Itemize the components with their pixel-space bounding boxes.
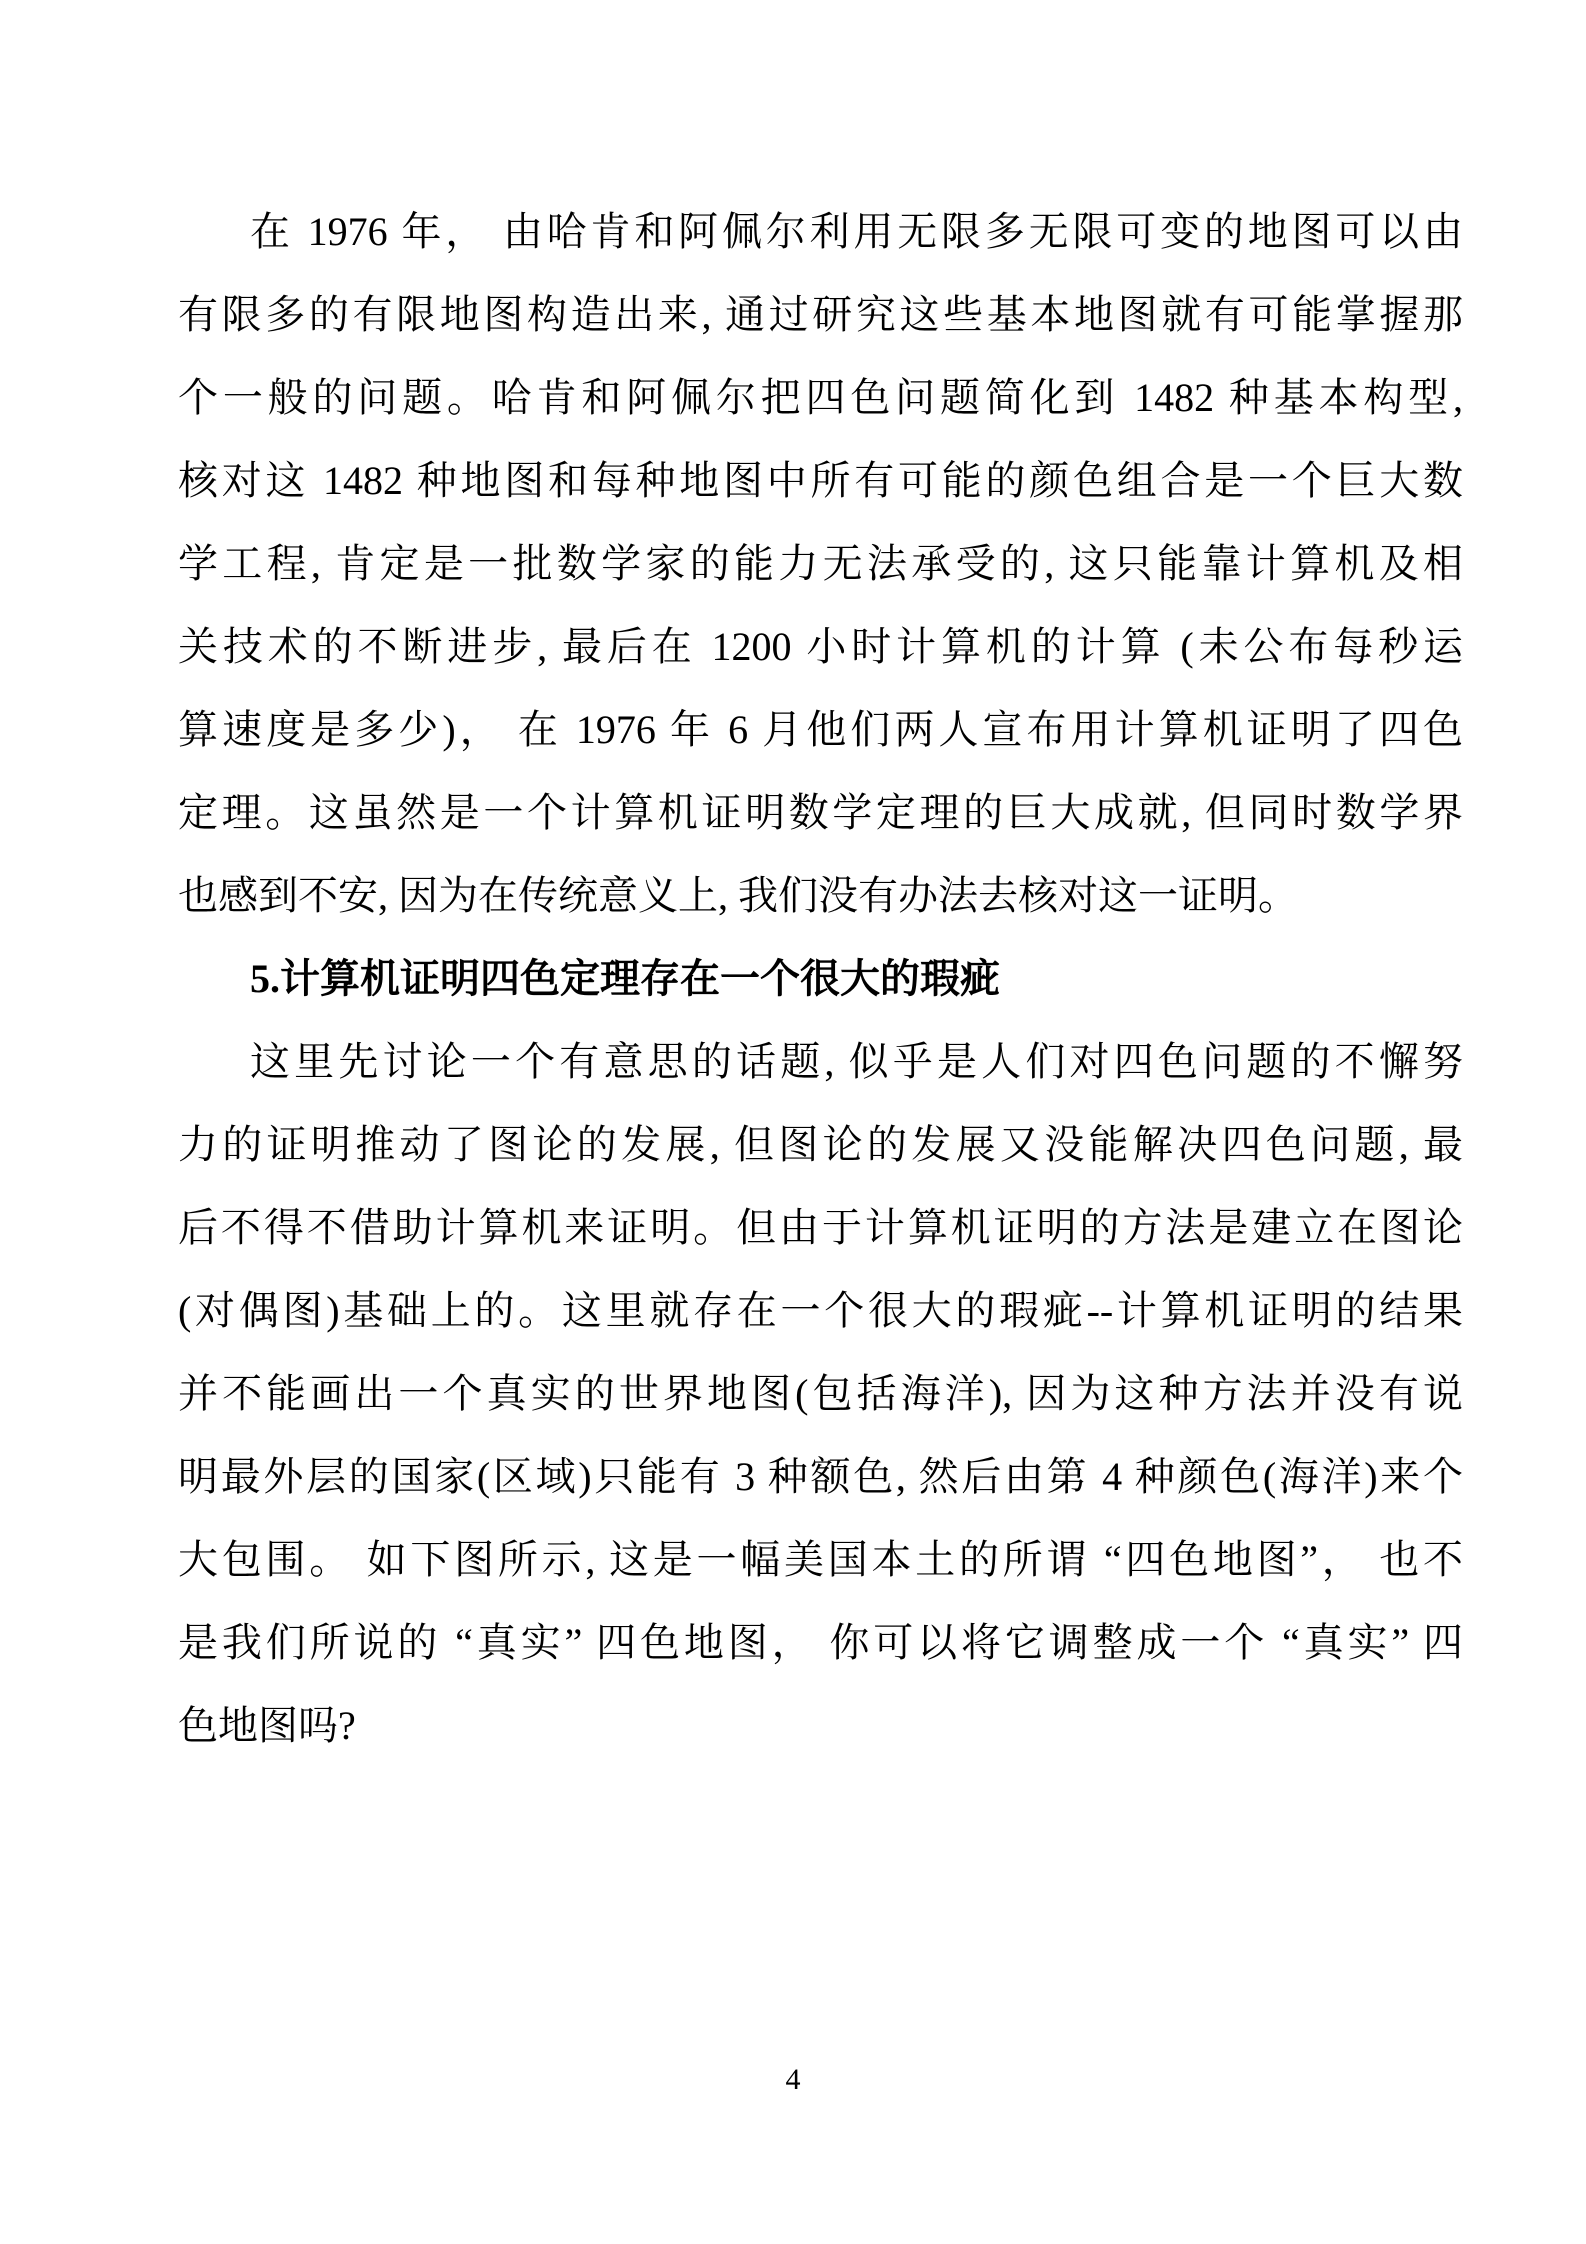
body-paragraph: 这里先讨论一个有意思的话题, 似乎是人们对四色问题的不懈努力的证明推动了图论的发… bbox=[178, 1020, 1463, 1767]
text-line: 算速度是多少)， 在 1976 年 6 月他们两人宣布用计算机证明了四色 bbox=[178, 688, 1463, 771]
text-line: 核对这 1482 种地图和每种地图中所有可能的颜色组合是一个巨大数 bbox=[178, 439, 1463, 522]
text-line: 关技术的不断进步, 最后在 1200 小时计算机的计算 (未公布每秒运 bbox=[178, 605, 1463, 688]
heading-line: 5.计算机证明四色定理存在一个很大的瑕疵 bbox=[178, 937, 1463, 1020]
text-line: 并不能画出一个真实的世界地图(包括海洋), 因为这种方法并没有说 bbox=[178, 1352, 1463, 1435]
text-line: 这里先讨论一个有意思的话题, 似乎是人们对四色问题的不懈努 bbox=[178, 1020, 1463, 1103]
text-line: 个一般的问题。哈肯和阿佩尔把四色问题简化到 1482 种基本构型, bbox=[178, 356, 1463, 439]
document-body: 在 1976 年， 由哈肯和阿佩尔利用无限多无限可变的地图可以由有限多的有限地图… bbox=[178, 190, 1463, 1767]
text-line: 后不得不借助计算机来证明。但由于计算机证明的方法是建立在图论 bbox=[178, 1186, 1463, 1269]
body-paragraph: 在 1976 年， 由哈肯和阿佩尔利用无限多无限可变的地图可以由有限多的有限地图… bbox=[178, 190, 1463, 937]
text-line: 大包围。 如下图所示, 这是一幅美国本土的所谓 “四色地图”， 也不 bbox=[178, 1518, 1463, 1601]
text-line: 是我们所说的 “真实” 四色地图， 你可以将它调整成一个 “真实” 四 bbox=[178, 1601, 1463, 1684]
text-line: 也感到不安, 因为在传统意义上, 我们没有办法去核对这一证明。 bbox=[178, 854, 1463, 937]
document-page: 在 1976 年， 由哈肯和阿佩尔利用无限多无限可变的地图可以由有限多的有限地图… bbox=[0, 0, 1586, 2244]
text-line: 力的证明推动了图论的发展, 但图论的发展又没能解决四色问题, 最 bbox=[178, 1103, 1463, 1186]
text-line: 定理。这虽然是一个计算机证明数学定理的巨大成就, 但同时数学界 bbox=[178, 771, 1463, 854]
section-heading: 5.计算机证明四色定理存在一个很大的瑕疵 bbox=[178, 937, 1463, 1020]
text-line: 在 1976 年， 由哈肯和阿佩尔利用无限多无限可变的地图可以由 bbox=[178, 190, 1463, 273]
text-line: (对偶图)基础上的。这里就存在一个很大的瑕疵--计算机证明的结果 bbox=[178, 1269, 1463, 1352]
text-line: 有限多的有限地图构造出来, 通过研究这些基本地图就有可能掌握那 bbox=[178, 273, 1463, 356]
text-line: 明最外层的国家(区域)只能有 3 种额色, 然后由第 4 种颜色(海洋)来个 bbox=[178, 1435, 1463, 1518]
text-line: 色地图吗? bbox=[178, 1684, 1463, 1767]
page-number: 4 bbox=[0, 2062, 1586, 2098]
text-line: 学工程, 肯定是一批数学家的能力无法承受的, 这只能靠计算机及相 bbox=[178, 522, 1463, 605]
